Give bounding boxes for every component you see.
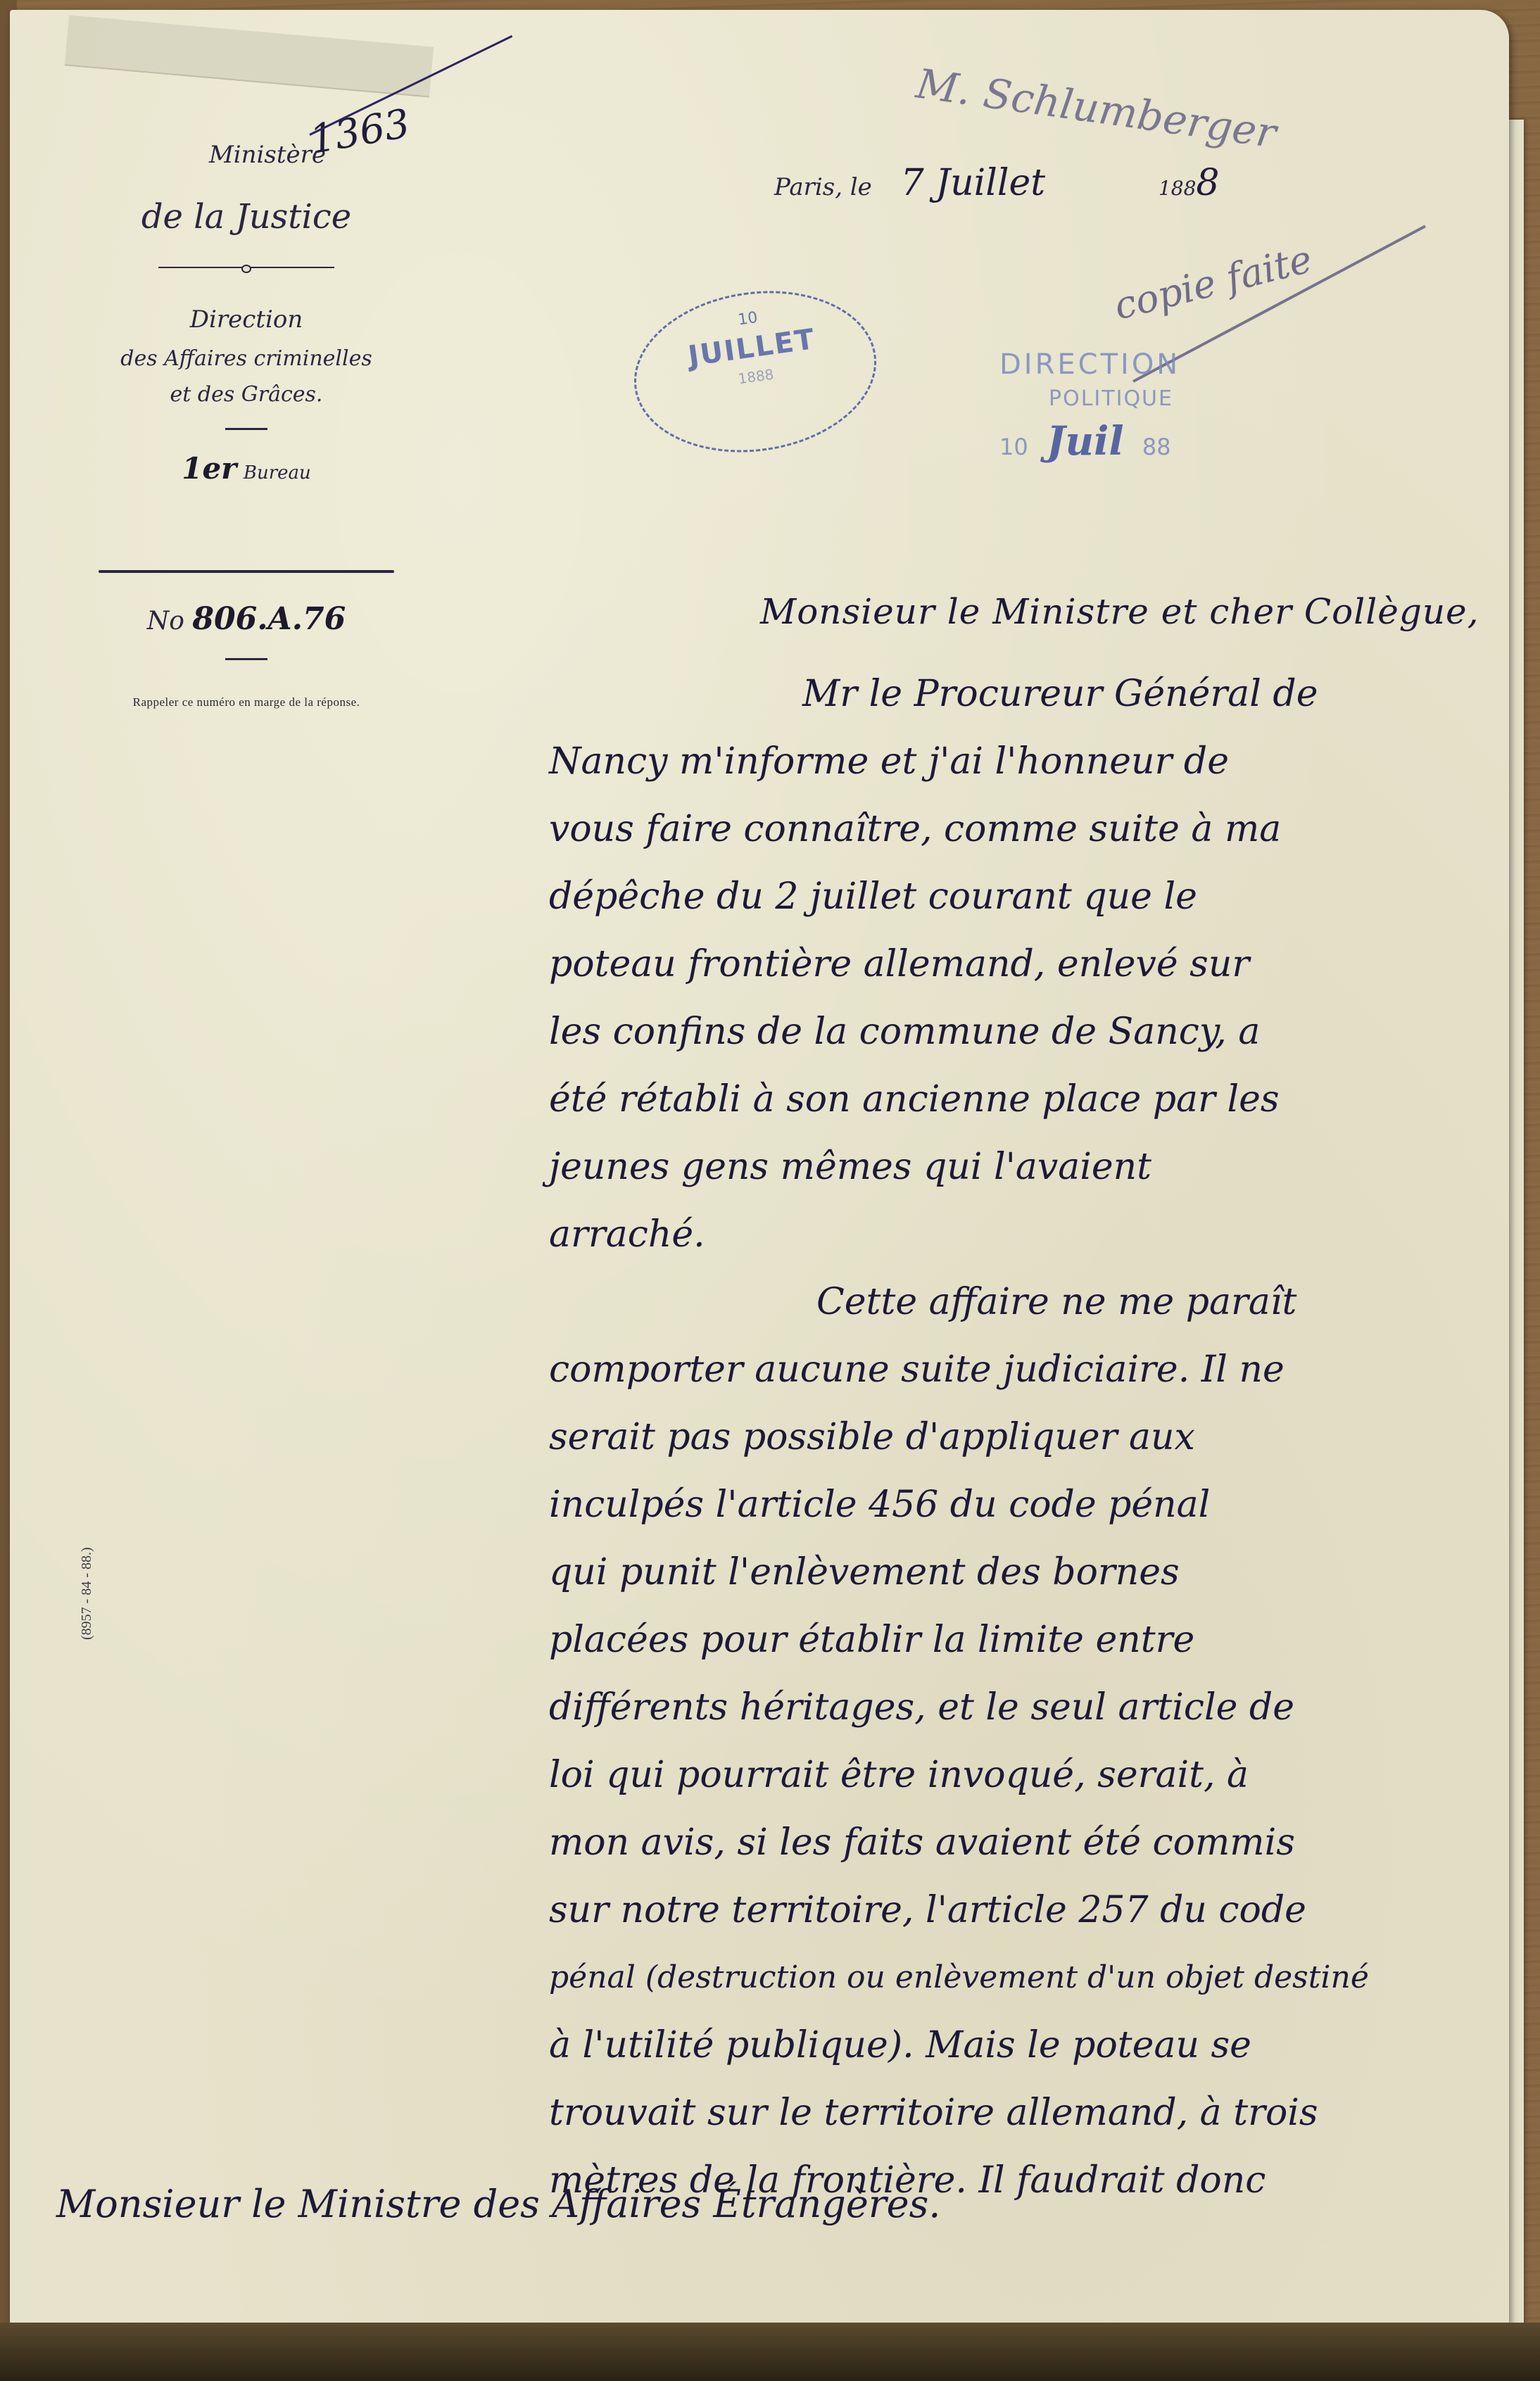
ministry-line-2: de la Justice [63,197,429,236]
date-handwritten: 7 Juillet [901,162,1046,204]
text-line: été rétabli à son ancienne place par les [549,1066,1492,1133]
reference-reminder: Rappeler ce numéro en marge de la répons… [63,695,429,709]
text-line: vous faire connaître, comme suite à ma [549,795,1492,863]
text-line: pénal (destruction ou enlèvement d'un ob… [549,1944,1492,2011]
text-line: différents héritages, et le seul article… [549,1674,1492,1741]
letter-body: Monsieur le Ministre et cher Collègue, M… [549,591,1492,2214]
text-line: dépêche du 2 juillet courant que le [549,863,1492,930]
text-line: sur notre territoire, l'article 257 du c… [549,1876,1492,1944]
table-shadow [0,2323,1540,2381]
direction-line-3: et des Grâces. [63,382,429,407]
place-label: Paris, le [774,173,872,201]
text-line: Cette affaire ne me paraît [549,1268,1492,1336]
reference-prefix: No [147,607,184,636]
text-line: Nancy m'informe et j'ai l'honneur de [549,728,1492,795]
bureau-number: 1er [182,451,236,486]
text-line: trouvait sur le territoire allemand, à t… [549,2079,1492,2147]
year-handwritten: 8 [1196,162,1219,204]
text-line: comporter aucune suite judiciaire. Il ne [549,1336,1492,1403]
stamp-direction-day: 10 [999,434,1028,460]
ornament-divider-icon [158,265,334,270]
stamp-direction-year: 88 [1142,434,1171,460]
stamp-direction-month: Juil [1047,418,1124,465]
text-line: les confins de la commune de Sancy, a [549,998,1492,1066]
direction-line-2: des Affaires criminelles [63,346,429,371]
stamp-direction-date: 10 Juil 88 [999,418,1180,465]
paragraph-2: Cette affaire ne me paraît comporter auc… [549,1268,1492,2214]
short-divider [225,428,267,430]
text-line: à l'utilité publique). Mais le poteau se [549,2011,1492,2079]
bureau-line: 1er Bureau [63,451,429,486]
bureau-label: Bureau [244,462,311,484]
text-line: placées pour établir la limite entre [549,1606,1492,1674]
text-line: loi qui pourrait être invoqué, serait, à [549,1741,1492,1809]
paragraph-1: Mr le Procureur Général de Nancy m'infor… [549,660,1492,1268]
paper-fold [65,15,434,97]
text-line: jeunes gens mêmes qui l'avaient [549,1133,1492,1201]
text-line: inculpés l'article 456 du code pénal [549,1471,1492,1539]
reference-line: No 806.A.76 [63,601,429,637]
text-line: qui punit l'enlèvement des bornes [549,1539,1492,1606]
place-date: Paris, le 7 Juillet 1888 [774,162,1220,204]
text-line: mon avis, si les faits avaient été commi… [549,1809,1492,1876]
stamp-direction-line2: POLITIQUE [1049,386,1180,411]
text-line: arraché. [549,1201,1492,1268]
printer-mark: (8957 - 84 - 88.) [79,1547,95,1640]
short-divider-2 [225,658,267,660]
direction-line-1: Direction [63,305,429,334]
stamp-direction-line1: DIRECTION [999,348,1180,381]
direction-politique-stamp: DIRECTION POLITIQUE 10 Juil 88 [999,348,1180,465]
text-line: poteau frontière allemand, enlevé sur [549,930,1492,998]
long-divider [99,570,394,573]
text-line: Mr le Procureur Général de [549,660,1492,728]
salutation: Monsieur le Ministre et cher Collègue, [760,591,1492,632]
year-printed: 188 [1159,177,1196,200]
letterhead: Ministère de la Justice Direction des Af… [63,141,429,709]
text-line: serait pas possible d'appliquer aux [549,1403,1492,1471]
reference-value: 806.A.76 [192,601,346,637]
addressee: Monsieur le Ministre des Affaires Étrang… [56,2182,940,2226]
